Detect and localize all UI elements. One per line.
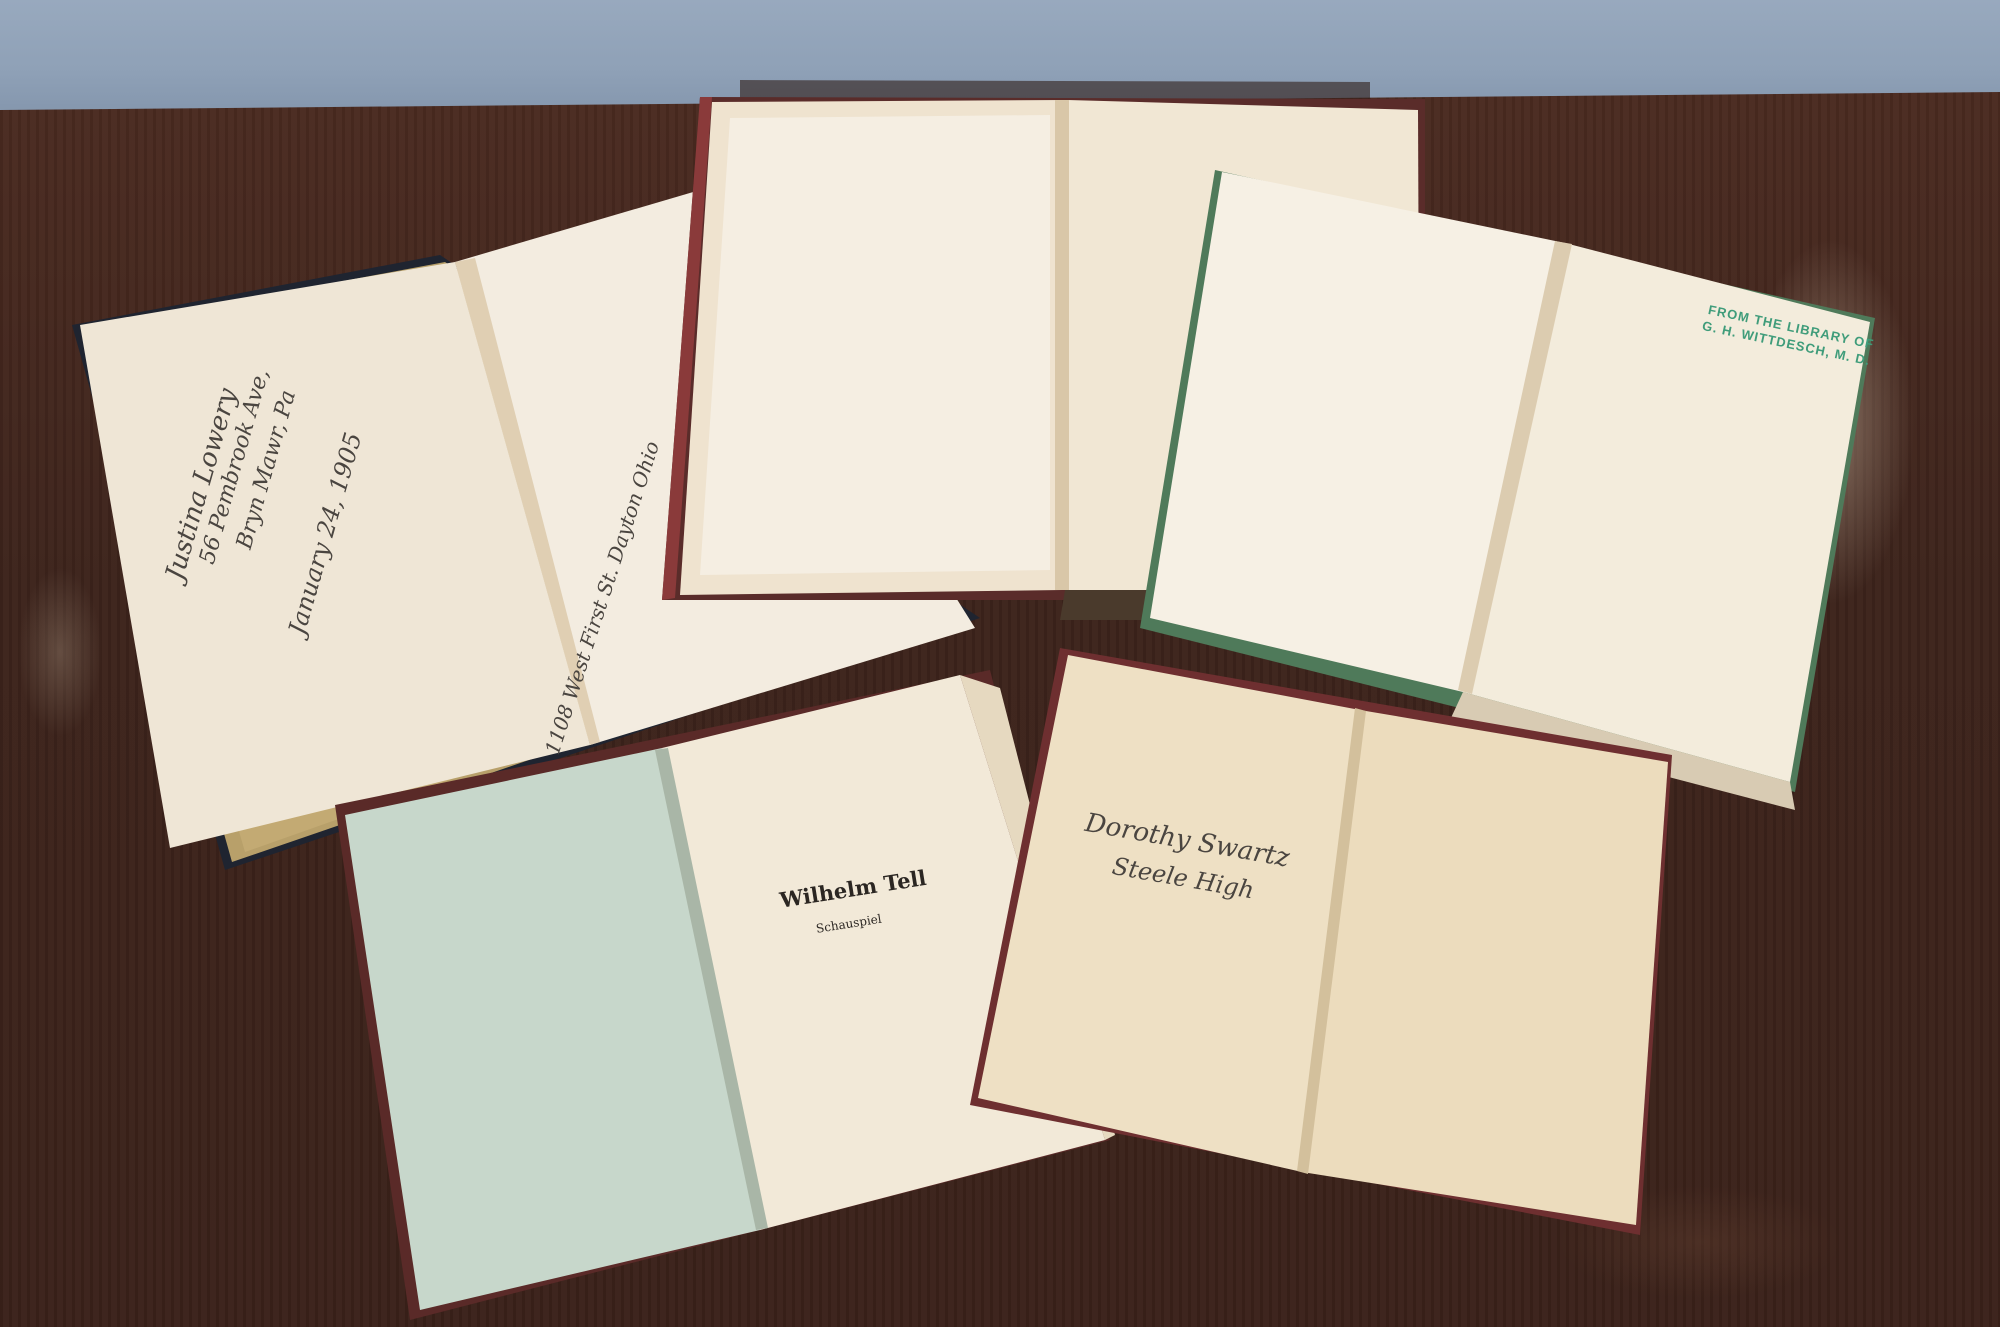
photo-scene: Justina Lowery 56 Pembrook Ave, Bryn Maw… bbox=[0, 0, 2000, 1327]
books-illustration bbox=[0, 0, 2000, 1327]
